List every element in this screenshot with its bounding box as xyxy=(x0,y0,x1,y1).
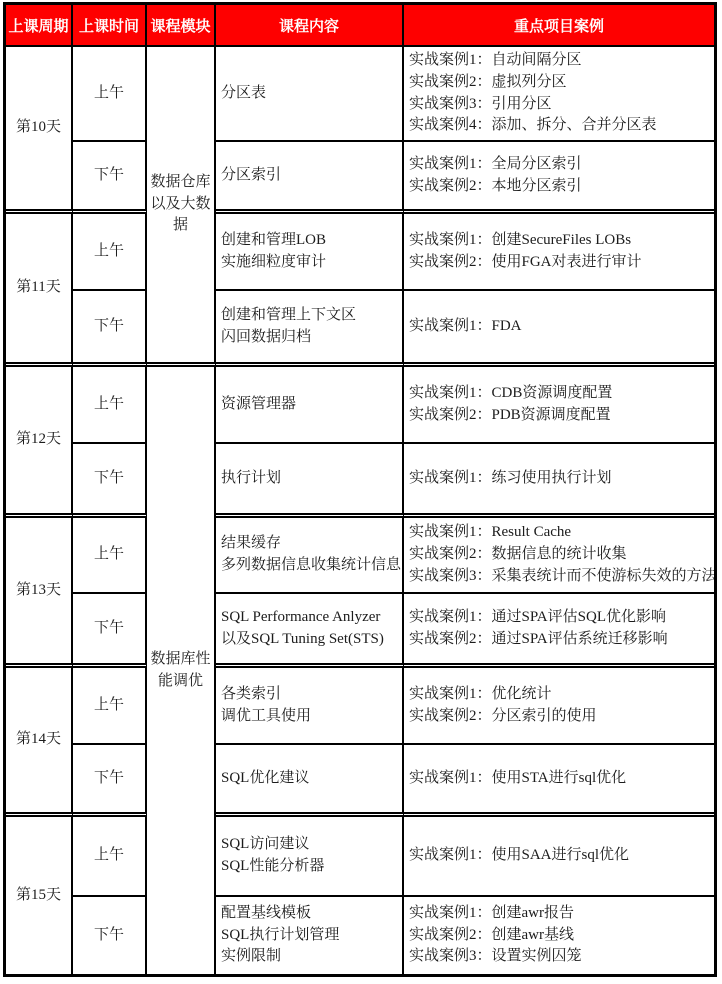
case-line: 实战案例1：优化统计 xyxy=(409,684,712,706)
time-cell: 下午 xyxy=(73,444,147,518)
case-line: 实战案例3：引用分区 xyxy=(409,94,712,116)
case-line: 实战案例1：使用SAA进行sql优化 xyxy=(409,845,712,867)
header-cell-period: 上课周期 xyxy=(6,5,73,47)
header-cell-module: 课程模块 xyxy=(147,5,216,47)
content-cell: 创建和管理上下文区闪回数据归档 xyxy=(216,291,404,367)
time-cell: 上午 xyxy=(73,47,147,142)
cases-cell: 实战案例1：使用SAA进行sql优化 xyxy=(404,817,714,897)
course-schedule-table: 上课周期 上课时间 课程模块 课程内容 重点项目案例 第10天上午数据仓库以及大… xyxy=(3,2,717,977)
case-line: 实战案例1：CDB资源调度配置 xyxy=(409,383,712,405)
content-line: 实施细粒度审计 xyxy=(221,252,400,274)
time-cell: 上午 xyxy=(73,668,147,745)
case-line: 实战案例1：使用STA进行sql优化 xyxy=(409,768,712,790)
content-line: 资源管理器 xyxy=(221,394,400,416)
module-cell: 数据仓库以及大数据 xyxy=(147,47,216,367)
table-row: 第15天上午SQL访问建议SQL性能分析器实战案例1：使用SAA进行sql优化 xyxy=(6,817,714,897)
content-cell: SQL优化建议 xyxy=(216,745,404,817)
content-line: SQL执行计划管理 xyxy=(221,925,400,947)
table-row: 下午配置基线模板SQL执行计划管理实例限制实战案例1：创建awr报告实战案例2：… xyxy=(6,897,714,974)
content-cell: 资源管理器 xyxy=(216,367,404,444)
case-line: 实战案例1：创建SecureFiles LOBs xyxy=(409,230,712,252)
page: 上课周期 上课时间 课程模块 课程内容 重点项目案例 第10天上午数据仓库以及大… xyxy=(0,0,722,979)
cases-cell: 实战案例1：全局分区索引实战案例2：本地分区索引 xyxy=(404,142,714,214)
cases-cell: 实战案例1：创建SecureFiles LOBs实战案例2：使用FGA对表进行审… xyxy=(404,214,714,291)
cases-cell: 实战案例1：自动间隔分区实战案例2：虚拟列分区实战案例3：引用分区实战案例4：添… xyxy=(404,47,714,142)
case-line: 实战案例2：本地分区索引 xyxy=(409,176,712,198)
time-cell: 下午 xyxy=(73,594,147,668)
cases-cell: 实战案例1：创建awr报告实战案例2：创建awr基线实战案例3：设置实例囚笼 xyxy=(404,897,714,974)
cases-cell: 实战案例1：Result Cache实战案例2：数据信息的统计收集实战案例3：采… xyxy=(404,518,714,594)
content-line: 配置基线模板 xyxy=(221,903,400,925)
content-cell: SQL Performance Anlyzer以及SQL Tuning Set(… xyxy=(216,594,404,668)
table-row: 下午创建和管理上下文区闪回数据归档实战案例1：FDA xyxy=(6,291,714,367)
time-cell: 上午 xyxy=(73,367,147,444)
content-line: 调优工具使用 xyxy=(221,706,400,728)
case-line: 实战案例3：采集表统计而不使游标失效的方法 xyxy=(409,566,712,588)
cases-cell: 实战案例1：通过SPA评估SQL优化影响实战案例2：通过SPA评估系统迁移影响 xyxy=(404,594,714,668)
cases-cell: 实战案例1：练习使用执行计划 xyxy=(404,444,714,518)
time-cell: 上午 xyxy=(73,817,147,897)
day-cell: 第13天 xyxy=(6,518,73,668)
time-cell: 下午 xyxy=(73,291,147,367)
content-line: 各类索引 xyxy=(221,684,400,706)
table-row: 第12天上午数据库性能调优资源管理器实战案例1：CDB资源调度配置实战案例2：P… xyxy=(6,367,714,444)
case-line: 实战案例3：设置实例囚笼 xyxy=(409,946,712,968)
table-row: 下午SQL优化建议实战案例1：使用STA进行sql优化 xyxy=(6,745,714,817)
case-line: 实战案例1：自动间隔分区 xyxy=(409,50,712,72)
day-cell: 第11天 xyxy=(6,214,73,367)
content-cell: 分区表 xyxy=(216,47,404,142)
time-cell: 上午 xyxy=(73,518,147,594)
case-line: 实战案例2：使用FGA对表进行审计 xyxy=(409,252,712,274)
content-cell: 创建和管理LOB实施细粒度审计 xyxy=(216,214,404,291)
header-cell-time: 上课时间 xyxy=(73,5,147,47)
content-line: 以及SQL Tuning Set(STS) xyxy=(221,629,400,651)
content-line: 闪回数据归档 xyxy=(221,327,400,349)
table-row: 下午执行计划实战案例1：练习使用执行计划 xyxy=(6,444,714,518)
content-line: 创建和管理LOB xyxy=(221,230,400,252)
table-row: 第10天上午数据仓库以及大数据分区表实战案例1：自动间隔分区实战案例2：虚拟列分… xyxy=(6,47,714,142)
day-cell: 第10天 xyxy=(6,47,73,214)
case-line: 实战案例4：添加、拆分、合并分区表 xyxy=(409,115,712,137)
case-line: 实战案例2：虚拟列分区 xyxy=(409,72,712,94)
case-line: 实战案例1：通过SPA评估SQL优化影响 xyxy=(409,607,712,629)
header-cell-cases: 重点项目案例 xyxy=(404,5,714,47)
content-line: SQL访问建议 xyxy=(221,834,400,856)
day-cell: 第14天 xyxy=(6,668,73,817)
case-line: 实战案例1：全局分区索引 xyxy=(409,154,712,176)
case-line: 实战案例2：分区索引的使用 xyxy=(409,706,712,728)
content-line: SQL优化建议 xyxy=(221,768,400,790)
content-line: 实例限制 xyxy=(221,946,400,968)
case-line: 实战案例1：练习使用执行计划 xyxy=(409,468,712,490)
table-row: 第11天上午创建和管理LOB实施细粒度审计实战案例1：创建SecureFiles… xyxy=(6,214,714,291)
table-row: 第14天上午各类索引调优工具使用实战案例1：优化统计实战案例2：分区索引的使用 xyxy=(6,668,714,745)
case-line: 实战案例2：通过SPA评估系统迁移影响 xyxy=(409,629,712,651)
header-cell-content: 课程内容 xyxy=(216,5,404,47)
content-line: SQL Performance Anlyzer xyxy=(221,607,400,629)
content-line: 多列数据信息收集统计信息 xyxy=(221,555,400,577)
table-row: 下午分区索引实战案例1：全局分区索引实战案例2：本地分区索引 xyxy=(6,142,714,214)
content-line: SQL性能分析器 xyxy=(221,856,400,878)
cases-cell: 实战案例1：优化统计实战案例2：分区索引的使用 xyxy=(404,668,714,745)
time-cell: 下午 xyxy=(73,142,147,214)
case-line: 实战案例2：创建awr基线 xyxy=(409,925,712,947)
cases-cell: 实战案例1：FDA xyxy=(404,291,714,367)
cases-cell: 实战案例1：CDB资源调度配置实战案例2：PDB资源调度配置 xyxy=(404,367,714,444)
case-line: 实战案例2：PDB资源调度配置 xyxy=(409,405,712,427)
case-line: 实战案例1：Result Cache xyxy=(409,522,712,544)
content-cell: 配置基线模板SQL执行计划管理实例限制 xyxy=(216,897,404,974)
content-cell: 结果缓存多列数据信息收集统计信息 xyxy=(216,518,404,594)
content-cell: SQL访问建议SQL性能分析器 xyxy=(216,817,404,897)
case-line: 实战案例1：FDA xyxy=(409,316,712,338)
content-line: 执行计划 xyxy=(221,468,400,490)
module-cell: 数据库性能调优 xyxy=(147,367,216,974)
time-cell: 下午 xyxy=(73,745,147,817)
content-line: 分区索引 xyxy=(221,165,400,187)
table-row: 第13天上午结果缓存多列数据信息收集统计信息实战案例1：Result Cache… xyxy=(6,518,714,594)
content-cell: 分区索引 xyxy=(216,142,404,214)
table-row: 下午SQL Performance Anlyzer以及SQL Tuning Se… xyxy=(6,594,714,668)
content-cell: 各类索引调优工具使用 xyxy=(216,668,404,745)
header-row: 上课周期 上课时间 课程模块 课程内容 重点项目案例 xyxy=(6,5,714,47)
cases-cell: 实战案例1：使用STA进行sql优化 xyxy=(404,745,714,817)
content-line: 分区表 xyxy=(221,83,400,105)
time-cell: 上午 xyxy=(73,214,147,291)
content-cell: 执行计划 xyxy=(216,444,404,518)
day-cell: 第12天 xyxy=(6,367,73,518)
day-cell: 第15天 xyxy=(6,817,73,974)
case-line: 实战案例1：创建awr报告 xyxy=(409,903,712,925)
content-line: 创建和管理上下文区 xyxy=(221,305,400,327)
time-cell: 下午 xyxy=(73,897,147,974)
case-line: 实战案例2：数据信息的统计收集 xyxy=(409,544,712,566)
content-line: 结果缓存 xyxy=(221,533,400,555)
